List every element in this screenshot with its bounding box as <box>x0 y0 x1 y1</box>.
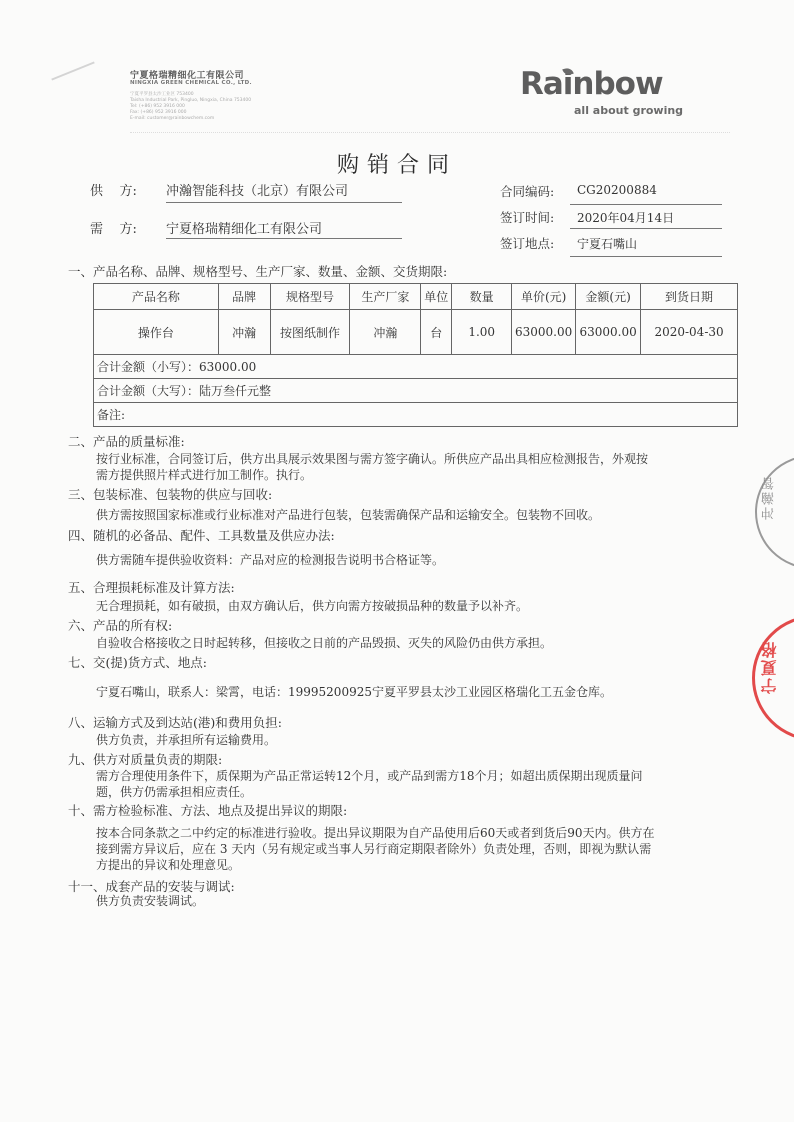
col-header: 产品名称 <box>94 284 219 310</box>
paragraph-line: 按行业标准，合同签订后，供方出具展示效果图与需方签字确认。所供应产品出具相应检测… <box>96 451 648 467</box>
cell-amount: 63000.00 <box>576 310 641 355</box>
cell-quantity: 1.00 <box>452 310 512 355</box>
supplier-label: 供 方: <box>90 180 137 199</box>
total-small: 合计金额（小写）：63000.00 <box>94 355 738 379</box>
section-9-body: 需方合理使用条件下，质保期为产品正常运转12个月，或产品到需方18个月；如超出质… <box>96 768 643 800</box>
remarks: 备注: <box>94 403 738 427</box>
section-6-body: 自验收合格接收之日时起转移，但接收之日前的产品毁损、灭失的风险仍由供方承担。 <box>96 635 552 651</box>
cell-brand: 冲瀚 <box>218 310 270 355</box>
section-3-title: 三、包装标准、包装物的供应与回收: <box>68 485 272 503</box>
col-header: 单位 <box>421 284 452 310</box>
table-header-row: 产品名称 品牌 规格型号 生产厂家 单位 数量 单价(元) 金额(元) 到货日期 <box>94 284 738 310</box>
supplier-underline <box>166 202 402 203</box>
pen-mark <box>51 61 94 80</box>
total-big-row: 合计金额（大写）：陆万叁仟元整 <box>94 379 738 403</box>
section-8-title: 八、运输方式及到达站(港)和费用负担: <box>68 713 282 731</box>
address-line: E-mail: customer@rainbowchem.com <box>130 116 251 122</box>
col-header: 到货日期 <box>641 284 738 310</box>
sign-place-underline <box>570 256 722 257</box>
total-small-row: 合计金额（小写）：63000.00 <box>94 355 738 379</box>
section-10-title: 十、需方检验标准、方法、地点及提出异议的期限: <box>68 801 347 819</box>
contract-number-label: 合同编码: <box>500 182 554 200</box>
col-header: 金额(元) <box>576 284 641 310</box>
buyer-name: 宁夏格瑞精细化工有限公司 <box>166 218 322 237</box>
cell-manufacturer: 冲瀚 <box>350 310 421 355</box>
cell-product-name: 操作台 <box>94 310 219 355</box>
buyer-label: 需 方: <box>90 218 137 237</box>
sign-place-label: 签订地点: <box>500 234 554 252</box>
col-header: 生产厂家 <box>350 284 421 310</box>
cell-spec: 按图纸制作 <box>270 310 350 355</box>
section-2-title: 二、产品的质量标准: <box>68 432 185 450</box>
items-table: 产品名称 品牌 规格型号 生产厂家 单位 数量 单价(元) 金额(元) 到货日期… <box>93 283 738 427</box>
col-header: 数量 <box>452 284 512 310</box>
supplier-seal-text: 冲瀚智 <box>760 475 779 520</box>
section-8-body: 供方负责，并承担所有运输费用。 <box>96 732 276 748</box>
cell-unit-price: 63000.00 <box>512 310 576 355</box>
sign-place: 宁夏石嘴山 <box>577 235 637 252</box>
table-row: 操作台 冲瀚 按图纸制作 冲瀚 台 1.00 63000.00 63000.00… <box>94 310 738 355</box>
section-5-body: 无合理损耗，如有破损，由双方确认后，供方向需方按破损品种的数量予以补齐。 <box>96 598 528 614</box>
cell-unit: 台 <box>421 310 452 355</box>
cell-delivery-date: 2020-04-30 <box>641 310 738 355</box>
paragraph-line: 需方合理使用条件下，质保期为产品正常运转12个月，或产品到需方18个月；如超出质… <box>96 768 643 784</box>
section-3-body: 供方需按照国家标准或行业标准对产品进行包装，包装需确保产品和运输安全。包装物不回… <box>96 507 600 523</box>
sign-date-underline <box>570 228 722 229</box>
section-6-title: 六、产品的所有权: <box>68 616 172 634</box>
page-title: 购销合同 <box>0 148 794 179</box>
contract-number-underline <box>570 204 722 205</box>
sign-date: 2020年04月14日 <box>577 209 674 226</box>
section-10-body: 按本合同条款之二中约定的标准进行验收。提出异议期限为自产品使用后60天或者到货后… <box>96 825 655 873</box>
paragraph-line: 方提出的异议和处理意见。 <box>96 857 655 873</box>
col-header: 品牌 <box>218 284 270 310</box>
section-9-title: 九、供方对质量负责的期限: <box>68 750 222 768</box>
section-5-title: 五、合理损耗标准及计算方法: <box>68 578 235 596</box>
section-4-body: 供方需随车提供验收资料：产品对应的检测报告说明书合格证等。 <box>96 552 444 568</box>
remarks-row: 备注: <box>94 403 738 427</box>
col-header: 规格型号 <box>270 284 350 310</box>
total-big: 合计金额（大写）：陆万叁仟元整 <box>94 379 738 403</box>
buyer-seal-text: 宁夏格 <box>758 640 781 694</box>
section-1-title: 一、产品名称、品牌、规格型号、生产厂家、数量、金额、交货期限: <box>68 262 447 280</box>
section-7-body: 宁夏石嘴山，联系人：梁霄，电话：19995200925宁夏平罗县太沙工业园区格瑞… <box>96 684 612 700</box>
paragraph-line: 接到需方异议后，应在 3 天内（另有规定或当事人另行商定期限者除外）负责处理，否… <box>96 841 655 857</box>
logo-tagline: all about growing <box>574 104 683 117</box>
section-2-body: 按行业标准，合同签订后，供方出具展示效果图与需方签字确认。所供应产品出具相应检测… <box>96 451 648 483</box>
letterhead-company-en: NINGXIA GREEN CHEMICAL CO., LTD. <box>130 80 252 86</box>
col-header: 单价(元) <box>512 284 576 310</box>
sign-date-label: 签订时间: <box>500 208 554 226</box>
buyer-underline <box>166 238 402 239</box>
section-7-title: 七、交(提)货方式、地点: <box>68 653 207 671</box>
rainbow-logo: Rainbow <box>520 66 663 102</box>
contract-number: CG20200884 <box>577 183 657 197</box>
supplier-name: 冲瀚智能科技（北京）有限公司 <box>166 180 348 199</box>
paragraph-line: 按本合同条款之二中约定的标准进行验收。提出异议期限为自产品使用后60天或者到货后… <box>96 825 655 841</box>
section-4-title: 四、随机的必备品、配件、工具数量及供应办法: <box>68 526 335 544</box>
letterhead-divider <box>130 132 730 133</box>
paragraph-line: 题，供方仍需承担相应责任。 <box>96 784 643 800</box>
section-11-body: 供方负责安装调试。 <box>96 893 204 909</box>
letterhead-address: 宁夏平罗县太沙工业区 753400 Taisha Industrial Park… <box>130 92 251 122</box>
paragraph-line: 需方提供照片样式进行加工制作。执行。 <box>96 467 648 483</box>
